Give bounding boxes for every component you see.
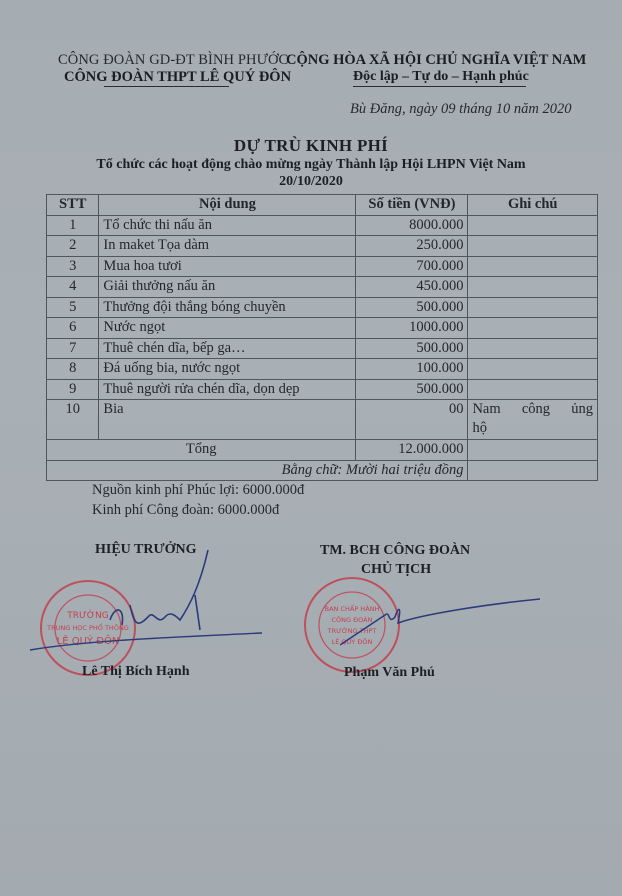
header-underline	[353, 86, 526, 87]
table-row: 8Đá uống bia, nước ngọt100.000	[47, 359, 598, 380]
row-amount: 8000.000	[356, 215, 468, 236]
row-note	[468, 359, 598, 380]
row-content: Đá uống bia, nước ngọt	[99, 359, 356, 380]
principal-name: Lê Thị Bích Hạnh	[82, 664, 190, 680]
note-word: Nam	[472, 400, 500, 419]
in-words-note	[468, 460, 598, 481]
table-row: 5Thưởng đội thắng bóng chuyền500.000	[47, 297, 598, 318]
funding-union: Kinh phí Công đoàn: 6000.000đ	[92, 502, 279, 519]
table-row: 3Mua hoa tươi700.000	[47, 256, 598, 277]
row-note	[468, 379, 598, 400]
chairman-name: Phạm Văn Phú	[344, 665, 435, 681]
row-amount: 00	[356, 400, 468, 440]
row-amount: 1000.000	[356, 318, 468, 339]
row-amount: 250.000	[356, 236, 468, 257]
principal-signature-icon	[30, 545, 270, 655]
total-row: Tổng 12.000.000	[47, 440, 598, 461]
note-word: ủng	[571, 400, 593, 419]
document-subtitle: Tổ chức các hoạt động chào mừng ngày Thà…	[0, 157, 622, 173]
table-row: 1Tổ chức thi nấu ăn8000.000	[47, 215, 598, 236]
row-note	[468, 256, 598, 277]
header-motto-text: Độc lập – Tự do – Hạnh phúc	[353, 69, 529, 84]
row-note: Nam công ủng hộ	[468, 400, 598, 440]
total-note	[468, 440, 598, 461]
row-content: In maket Tọa dàm	[99, 236, 356, 257]
row-stt: 5	[47, 297, 99, 318]
row-note	[468, 297, 598, 318]
row-amount: 500.000	[356, 379, 468, 400]
funding-welfare: Nguồn kinh phí Phúc lợi: 6000.000đ	[92, 482, 304, 499]
row-stt: 1	[47, 215, 99, 236]
row-amount: 500.000	[356, 338, 468, 359]
row-stt: 9	[47, 379, 99, 400]
column-header-amount: Số tiền (VNĐ)	[356, 195, 468, 216]
header-motto: Độc lập – Tự do – Hạnh phúc	[353, 69, 529, 85]
row-stt: 7	[47, 338, 99, 359]
date-line: Bù Đăng, ngày 09 tháng 10 năm 2020	[350, 101, 572, 118]
row-content: Giải thưởng nấu ăn	[99, 277, 356, 298]
total-value: 12.000.000	[356, 440, 468, 461]
row-note	[468, 338, 598, 359]
note-line-2: hộ	[472, 419, 593, 438]
row-note	[468, 318, 598, 339]
row-stt: 8	[47, 359, 99, 380]
table-row: 10 Bia 00 Nam công ủng hộ	[47, 400, 598, 440]
row-content: Nước ngọt	[99, 318, 356, 339]
table-row: 6Nước ngọt1000.000	[47, 318, 598, 339]
table-header-row: STT Nội dung Số tiền (VNĐ) Ghi chú	[47, 195, 598, 216]
column-header-note: Ghi chú	[468, 195, 598, 216]
table-row: 4Giải thưởng nấu ăn450.000	[47, 277, 598, 298]
row-note	[468, 236, 598, 257]
in-words-row: Bằng chữ: Mười hai triệu đồng	[47, 460, 598, 481]
header-union-school-text: CÔNG ĐOÀN THPT LÊ QUÝ ĐÔN	[64, 69, 291, 85]
document-page: CÔNG ĐOÀN GD-ĐT BÌNH PHƯỚC CÔNG ĐOÀN THP…	[0, 0, 622, 896]
row-stt: 10	[47, 400, 99, 440]
budget-table: STT Nội dung Số tiền (VNĐ) Ghi chú 1Tổ c…	[46, 194, 598, 481]
table-row: 9Thuê người rửa chén dĩa, dọn dẹp500.000	[47, 379, 598, 400]
note-line-1: Nam công ủng	[472, 400, 593, 419]
row-note	[468, 277, 598, 298]
table-row: 7Thuê chén dĩa, bếp ga…500.000	[47, 338, 598, 359]
document-title: DỰ TRÙ KINH PHÍ	[0, 136, 622, 156]
row-content: Thuê người rửa chén dĩa, dọn dẹp	[99, 379, 356, 400]
header-national-title: CỘNG HÒA XÃ HỘI CHỦ NGHĨA VIỆT NAM	[286, 52, 586, 69]
row-note	[468, 215, 598, 236]
chairman-signature-icon	[340, 595, 540, 655]
column-header-content: Nội dung	[99, 195, 356, 216]
table-row: 2In maket Tọa dàm250.000	[47, 236, 598, 257]
row-content: Thưởng đội thắng bóng chuyền	[99, 297, 356, 318]
row-amount: 500.000	[356, 297, 468, 318]
signature-title-union: TM. BCH CÔNG ĐOÀN	[320, 543, 470, 559]
document-subtitle-date: 20/10/2020	[0, 174, 622, 190]
row-amount: 450.000	[356, 277, 468, 298]
row-stt: 3	[47, 256, 99, 277]
row-amount: 100.000	[356, 359, 468, 380]
total-label: Tổng	[47, 440, 356, 461]
row-stt: 6	[47, 318, 99, 339]
column-header-stt: STT	[47, 195, 99, 216]
note-word: công	[522, 400, 550, 419]
row-stt: 2	[47, 236, 99, 257]
header-underline	[104, 86, 229, 87]
row-content: Mua hoa tươi	[99, 256, 356, 277]
row-amount: 700.000	[356, 256, 468, 277]
total-in-words: Bằng chữ: Mười hai triệu đồng	[47, 460, 468, 481]
row-content: Bia	[99, 400, 356, 440]
row-content: Tổ chức thi nấu ăn	[99, 215, 356, 236]
header-union-school: CÔNG ĐOÀN THPT LÊ QUÝ ĐÔN	[64, 69, 291, 86]
header-union-parent: CÔNG ĐOÀN GD-ĐT BÌNH PHƯỚC	[58, 52, 288, 69]
row-content: Thuê chén dĩa, bếp ga…	[99, 338, 356, 359]
row-stt: 4	[47, 277, 99, 298]
